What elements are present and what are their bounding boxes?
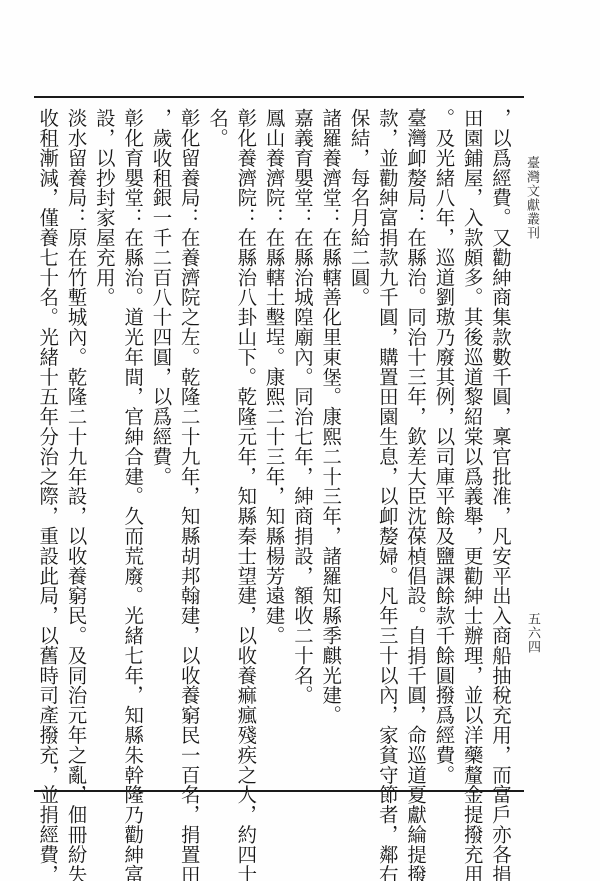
- text-column: 名。: [203, 108, 231, 784]
- text-column: 。及光緒八年，巡道劉璈乃廢其例，以司庫平餘及鹽課餘款千餘圓撥爲經費。: [429, 108, 457, 784]
- document-page: 臺灣文獻叢刊 五六四 ，以爲經費。又勸紳商集款數千圓，稟官批准，凡安平出入商船抽…: [0, 0, 600, 881]
- text-column-heading-fengshan-poorhouse: 鳳山養濟院：在縣轄土墼埕。康熙二十三年，知縣楊芳遠建。: [259, 108, 287, 784]
- page-number: 五六四: [523, 612, 542, 654]
- text-column: 田園鋪屋，入款頗多。其後巡道黎紹棠以爲義舉，更勸紳士辦理，並以洋藥釐金提撥充用: [457, 108, 485, 784]
- vertical-body-text: ，以爲經費。又勸紳商集款數千圓，稟官批准，凡安平出入商船抽稅充用，而富戶亦各捐 …: [33, 108, 514, 784]
- text-column: 款，並勸紳富捐款九千圓，購置田園生息，以卹嫠婦。凡年三十以內，家貧守節者，鄰右: [373, 108, 401, 784]
- text-column-heading-changhua-relief-bureau: 彰化留養局：在養濟院之左。乾隆二十九年，知縣胡邦翰建，以收養窮民一百名，捐置田園: [174, 108, 202, 784]
- text-column: ，歲收租銀一千二百八十四圓，以爲經費。: [146, 108, 174, 784]
- series-title: 臺灣文獻叢刊: [522, 156, 541, 240]
- text-column-heading-chiayi-foundling-hall: 嘉義育嬰堂：在縣治城隍廟內。同治七年，紳商捐設，額收二十名。: [288, 108, 316, 784]
- text-column-heading-changhua-poorhouse: 彰化養濟院：在縣治八卦山下。乾隆元年，知縣秦士望建，以收養痲瘋殘疾之人，約四十: [231, 108, 259, 784]
- text-column-heading-zhuluo-poorhouse: 諸羅養濟堂：在縣轄善化里東堡。康熙二十三年，諸羅知縣季麒光建。: [316, 108, 344, 784]
- text-column: 保結，每名月給二圓。: [344, 108, 372, 784]
- top-rule: [34, 96, 524, 98]
- text-column: 設，以抄封家屋充用。: [90, 108, 118, 784]
- bottom-rule: [34, 790, 524, 792]
- text-column-heading-taiwan-widow-bureau: 臺灣卹嫠局：在縣治。同治十三年，欽差大臣沈葆楨倡設。自捐千圓，命巡道夏獻綸提撥公: [401, 108, 429, 784]
- text-column: 收租漸減，僅養七十名。光緒十五年分治之際，重設此局，以舊時司產撥充，並捐經費，: [33, 108, 61, 784]
- text-column: ，以爲經費。又勸紳商集款數千圓，稟官批准，凡安平出入商船抽稅充用，而富戶亦各捐: [486, 108, 514, 784]
- text-column-heading-changhua-foundling-hall: 彰化育嬰堂：在縣治。道光年間，官紳合建。久而荒廢。光緒七年，知縣朱幹隆乃勸紳富重: [118, 108, 146, 784]
- text-column-heading-tamsui-relief-bureau: 淡水留養局：原在竹塹城內。乾隆二十九年設，以收養窮民。及同治元年之亂，佃冊紛失，: [61, 108, 89, 784]
